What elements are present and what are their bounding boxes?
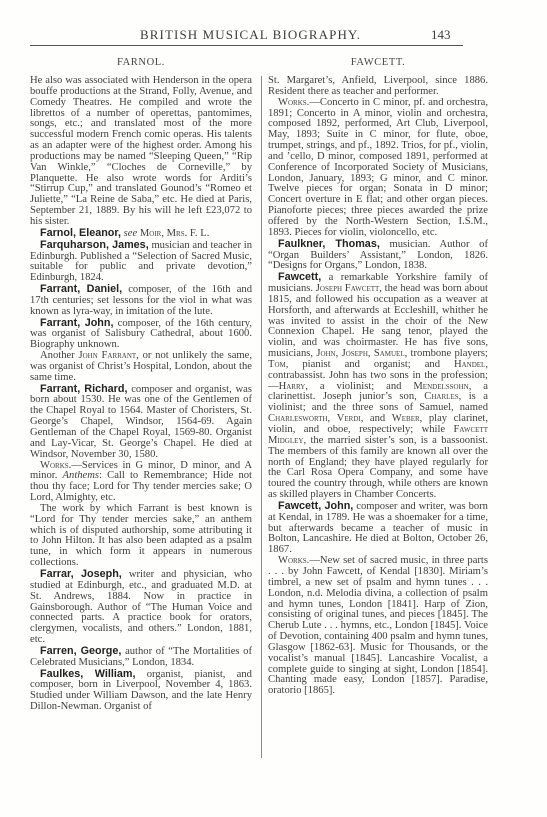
works-label: Works. xyxy=(278,97,309,108)
entry-name: Fawcett, xyxy=(278,271,321,283)
entry-name: Faulkes, William, xyxy=(40,668,136,680)
right-column: FAWCETT. St. Margaret’s, Anfield, Liverp… xyxy=(268,56,488,697)
paragraph-another-john-farrant: Another John Farrant, or not unlikely th… xyxy=(30,351,252,384)
header-rule xyxy=(30,45,463,46)
paragraph-continuation: He also was associated with Henderson in… xyxy=(30,76,252,228)
entry-name: Farrant, John, xyxy=(40,317,114,329)
entry-fawcett-john: Fawcett, John, composer and writer, was … xyxy=(268,501,488,556)
entry-faulkes-william: Faulkes, William, organist, pianist, and… xyxy=(30,669,252,713)
running-title: BRITISH MUSICAL BIOGRAPHY. xyxy=(140,27,361,43)
left-catchword: FARNOL. xyxy=(30,56,252,76)
works-faulkes-william: Works.—Concerto in C minor, pf. and orch… xyxy=(268,98,488,239)
right-catchword: FAWCETT. xyxy=(268,56,488,76)
works-label: Works. xyxy=(40,460,71,471)
entry-name: Farnol, Eleanor, xyxy=(40,227,121,239)
left-column-body: He also was associated with Henderson in… xyxy=(30,76,252,713)
works-fawcett-john: Works.—New set of sacred music, in three… xyxy=(268,556,488,697)
works-farrant-richard: Works.—Services in G minor, D minor, and… xyxy=(30,461,252,504)
entry-farrar-joseph: Farrar, Joseph, writer and physician, wh… xyxy=(30,569,252,646)
right-column-body: St. Margaret’s, Anfield, Liverpool, sinc… xyxy=(268,76,488,697)
entry-fawcett-family: Fawcett, a remarkable Yorkshire family o… xyxy=(268,272,488,501)
entry-farrant-daniel: Farrant, Daniel, composer, of the 16th a… xyxy=(30,284,252,318)
page-number: 143 xyxy=(431,27,451,43)
paragraph-continuation: St. Margaret’s, Anfield, Liverpool, sinc… xyxy=(268,76,488,98)
entry-farren-george: Farren, George, author of “The Mortaliti… xyxy=(30,646,252,669)
column-divider xyxy=(261,76,262,758)
book-page: BRITISH MUSICAL BIOGRAPHY. 143 FARNOL. H… xyxy=(0,0,547,817)
entry-farquharson-james: Farquharson, James, musician and teacher… xyxy=(30,240,252,284)
entry-name: Farquharson, James, xyxy=(40,239,149,251)
cross-reference: Moir, Mrs. F. L. xyxy=(140,228,210,239)
entry-name: Fawcett, John, xyxy=(278,500,353,512)
entry-name: Farren, George, xyxy=(40,645,121,657)
entry-farrant-richard: Farrant, Richard, composer and organist,… xyxy=(30,384,252,461)
entry-name: Farrant, Richard, xyxy=(40,383,127,395)
entry-name: Faulkner, Thomas, xyxy=(278,238,380,250)
paragraph-farrant-best-known: The work by which Farrant is best known … xyxy=(30,504,252,569)
works-label: Works. xyxy=(278,555,309,566)
entry-farrant-john: Farrant, John, composer, of the 16th cen… xyxy=(30,318,252,352)
entry-name: Farrant, Daniel, xyxy=(40,283,122,295)
left-column: FARNOL. He also was associated with Hend… xyxy=(30,56,252,713)
entry-name: Farrar, Joseph, xyxy=(40,568,122,580)
running-head: BRITISH MUSICAL BIOGRAPHY. 143 xyxy=(30,27,462,43)
entry-faulkner-thomas: Faulkner, Thomas, musician. Author of “O… xyxy=(268,239,488,273)
